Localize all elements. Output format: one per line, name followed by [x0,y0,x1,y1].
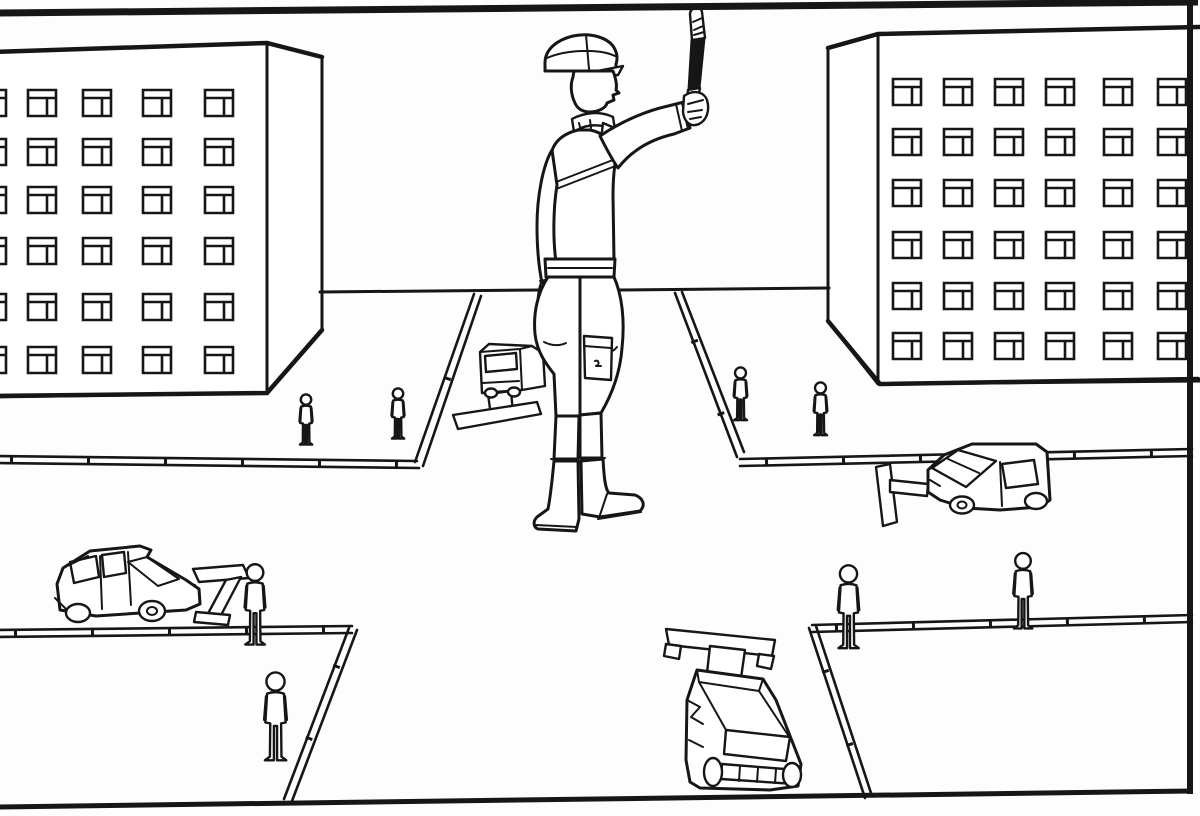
pedestrian [1013,553,1033,628]
marking-bottom [664,629,775,678]
controller-head [571,71,619,112]
controller-fist [683,92,708,125]
controller-breeches [535,277,580,416]
building-window [1158,232,1186,258]
building-window [995,333,1023,359]
building-window [1104,180,1132,206]
building-window [1046,232,1074,258]
building-window [1046,129,1074,155]
car-left [55,546,200,622]
controller-left-boot [534,461,579,531]
car-right [928,444,1050,514]
building-window [83,238,111,264]
building-window [1158,283,1186,309]
building-window [944,129,972,155]
building-window [205,90,233,116]
building-window [205,187,233,213]
building-window [28,238,56,264]
building-window [944,180,972,206]
building-window [83,347,111,373]
horizon-line-left [320,290,540,292]
building-window [143,90,171,116]
kerb-lower-left [0,626,357,801]
controller-lower-legs [554,413,602,459]
building-window [0,187,6,213]
building-window [0,294,6,320]
building-window [205,238,233,264]
building-window [944,283,972,309]
pedestrian [838,565,859,648]
line-drawing: Black-and-white line drawing of a traffi… [0,0,1200,816]
building-window [1046,180,1074,206]
building-window [893,129,921,155]
controller-thigh-pocket [584,336,612,380]
car-bottom [686,670,801,790]
building-window [944,333,972,359]
building-window [0,238,6,264]
building-window [205,294,233,320]
building-window [893,79,921,105]
building-window [1158,79,1186,105]
building-window [1104,283,1132,309]
building-window [83,139,111,165]
building-window [1104,79,1132,105]
building-window [83,294,111,320]
left-building [0,43,322,397]
building-window [0,90,6,116]
building-window [893,283,921,309]
building-window [995,180,1023,206]
building-window [995,129,1023,155]
right-building-front-face [878,27,1200,384]
pedestrians [245,367,1033,760]
building-window [1158,180,1186,206]
building-window [1158,333,1186,359]
horizon-line-right [618,288,829,290]
building-window [143,139,171,165]
building-window [1158,129,1186,155]
building-window [0,347,6,373]
building-window [1046,333,1074,359]
building-window [893,232,921,258]
right-building [828,27,1200,384]
pedestrian [300,394,313,444]
building-window [944,232,972,258]
kerb-lower-right [809,615,1192,798]
building-window [1104,333,1132,359]
building-window [28,90,56,116]
building-window [1046,283,1074,309]
pedestrian [734,367,748,420]
pedestrian [264,672,287,760]
building-window [1104,232,1132,258]
building-window [83,187,111,213]
controller-raised-arm [600,102,690,168]
building-window [28,187,56,213]
car-small [480,344,545,398]
building-window [28,294,56,320]
marking-right [876,464,928,526]
illustration-canvas: Black-and-white line drawing of a traffi… [0,0,1200,816]
building-window [28,139,56,165]
building-window [944,79,972,105]
building-window [893,333,921,359]
building-window [995,232,1023,258]
frame-top-edge [0,2,1198,13]
building-window [143,238,171,264]
pedestrian [392,388,405,438]
pedestrian [814,382,828,435]
building-window [1046,79,1074,105]
building-window [0,139,6,165]
building-window [893,180,921,206]
building-window [83,90,111,116]
marking-center [453,391,541,429]
building-window [205,139,233,165]
traffic-controller [534,8,708,531]
traffic-baton [687,8,705,100]
controller-right-boot [581,459,643,517]
building-window [143,294,171,320]
building-window [143,187,171,213]
frame-bottom-edge [0,791,1193,807]
building-window [205,347,233,373]
building-window [995,79,1023,105]
building-window [28,347,56,373]
building-window [995,283,1023,309]
building-window [143,347,171,373]
building-window [1104,129,1132,155]
